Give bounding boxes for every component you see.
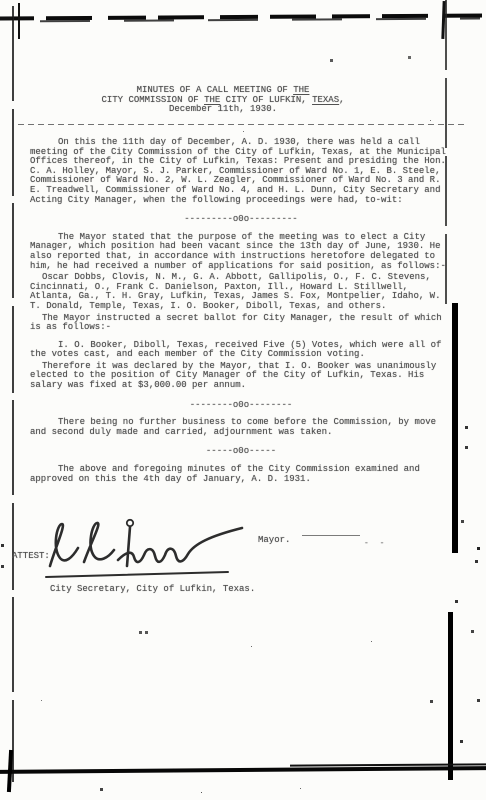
paragraph-ballot-intro: The Mayor instructed a secret ballot for…	[30, 314, 452, 333]
paragraph-approval: The above and foregoing minutes of the C…	[30, 465, 452, 484]
document-body: On this the 11th day of December, A. D. …	[30, 138, 452, 486]
paragraph-ballot-result: I. O. Booker, Diboll, Texas, received Fi…	[30, 341, 452, 360]
scanned-minutes-page: MINUTES OF A CALL MEETING OF THE CITY CO…	[0, 0, 486, 800]
document-header: MINUTES OF A CALL MEETING OF THE CITY CO…	[0, 86, 446, 115]
scan-noise-speckles	[0, 0, 1, 1]
scan-binding-mark-right	[452, 303, 458, 553]
paragraph-adjournment: There being no further business to come …	[30, 418, 452, 437]
scan-corner-mark	[18, 3, 20, 39]
section-separator: -----o0o-----	[30, 447, 452, 457]
secretary-title-line: City Secretary, City of Lufkin, Texas.	[50, 585, 255, 595]
mayor-signature-label: Mayor.	[258, 536, 290, 546]
mayor-signature-dashes: - -	[364, 539, 387, 549]
scan-border-left	[12, 6, 14, 782]
title-text-underlined: THE	[293, 85, 309, 95]
paragraph-applicants: Oscar Dobbs, Clovis, N. M., G. A. Abbott…	[30, 273, 452, 311]
mayor-signature-line	[302, 535, 360, 536]
paragraph-opening: On this the 11th day of December, A. D. …	[30, 138, 452, 205]
paragraph-purpose: The Mayor stated that the purpose of the…	[30, 233, 452, 271]
section-separator: ---------o0o---------	[30, 215, 452, 225]
scan-binding-mark-right	[448, 612, 453, 780]
scan-border-bottom	[0, 766, 486, 774]
title-text-underlined: TEXAS	[312, 95, 339, 105]
title-line-date: December 11th, 1930.	[0, 105, 446, 115]
paragraph-election-declaration: Therefore it was declared by the Mayor, …	[30, 362, 452, 391]
title-text: MINUTES OF A CALL MEETING OF	[137, 85, 294, 95]
header-divider-dashed	[18, 124, 468, 125]
scan-corner-mark	[0, 17, 13, 20]
scan-border-top	[0, 13, 486, 22]
section-separator: --------o0o--------	[30, 401, 452, 411]
title-text: ,	[339, 95, 344, 105]
secretary-handwritten-signature	[42, 514, 252, 588]
